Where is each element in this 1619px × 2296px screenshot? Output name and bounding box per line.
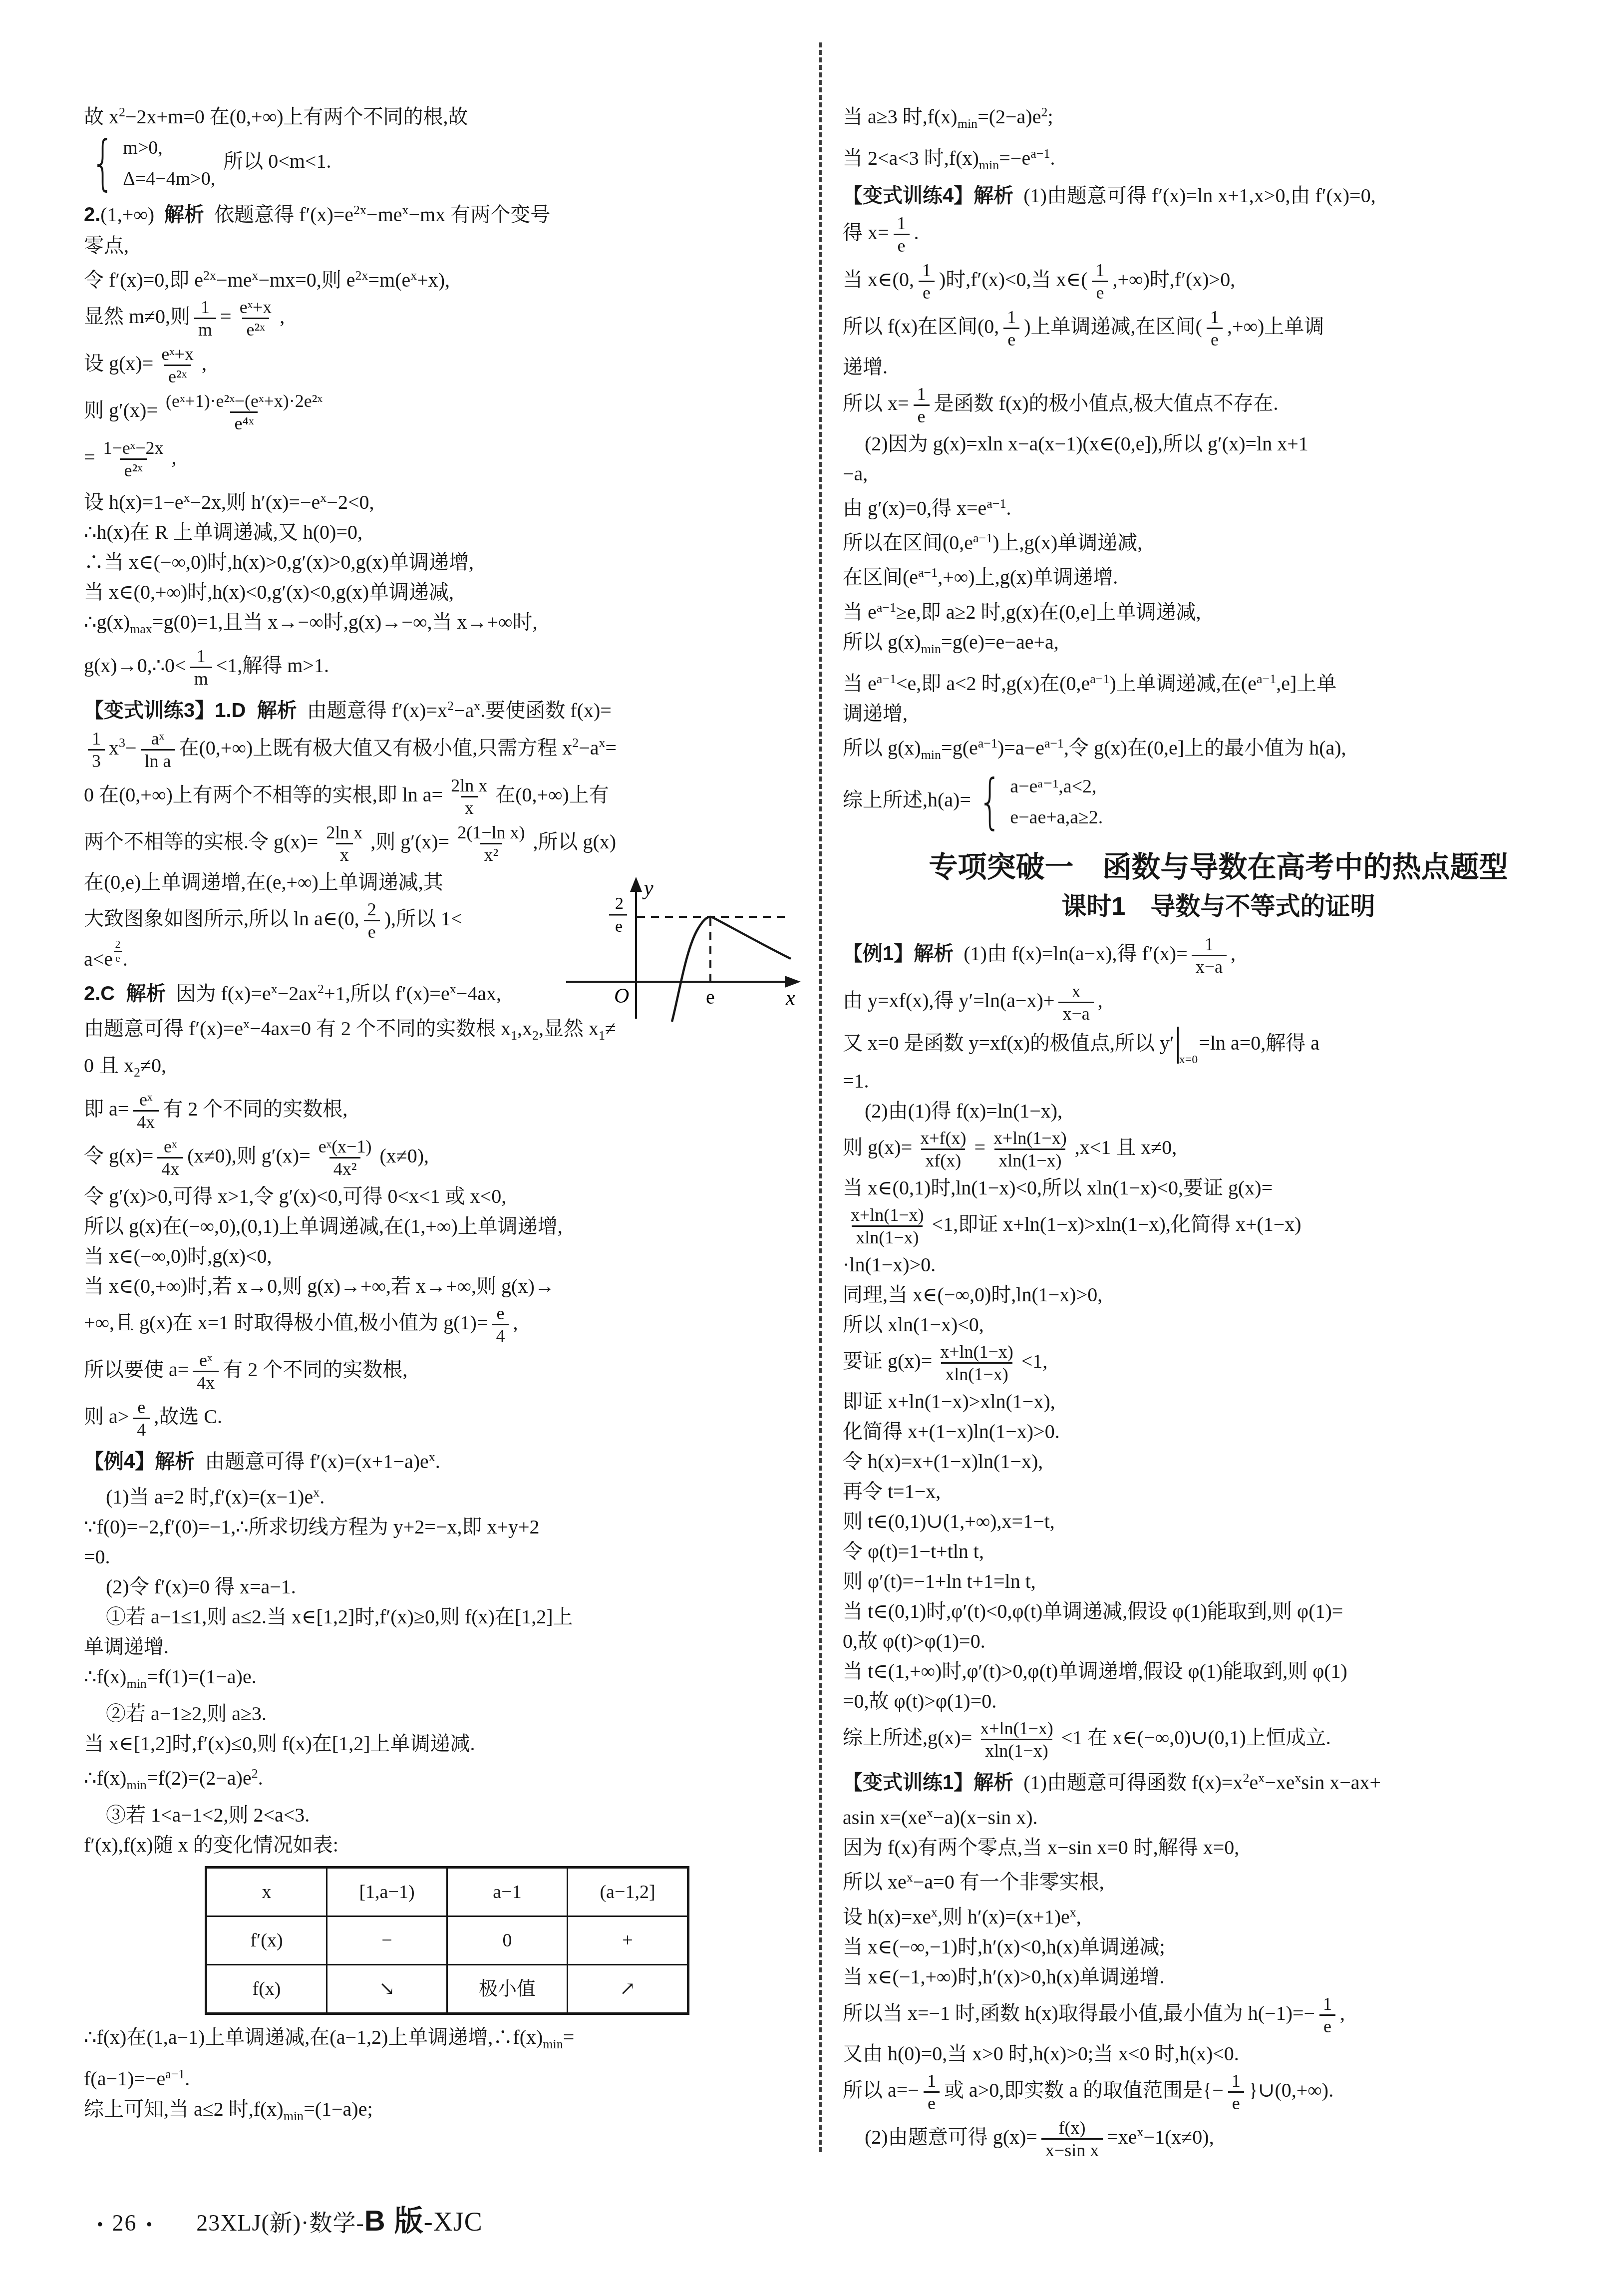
text-span: =: [84, 446, 95, 468]
text-line: 0 在(0,+∞)上有两个不相等的实根,即 ln a=2ln xx在(0,+∞)…: [84, 774, 810, 819]
text-span: =: [563, 2026, 575, 2048]
superscript: x: [1295, 1771, 1301, 1785]
text-span: −a: [579, 736, 599, 759]
numerator: x+ln(1−x): [847, 1204, 928, 1225]
text-span: −me: [216, 269, 252, 291]
text-span: −xe: [1265, 1771, 1295, 1794]
text-line: 0,故 φ(t)>φ(1)=0.: [843, 1627, 1594, 1655]
text-span: ,所以 g(x): [533, 830, 616, 852]
text-span: 化简得 x+(1−x)ln(1−x)>0.: [843, 1420, 1060, 1443]
fraction: 1e: [1228, 2070, 1245, 2114]
superscript: 2: [318, 982, 324, 996]
text-span: .: [1006, 497, 1011, 519]
text-span: 当 2<a<3 时,f(x): [843, 147, 979, 170]
denominator: 4: [492, 1324, 509, 1346]
table-cell: ↘: [327, 1965, 447, 2014]
left-column: 故 x2−2x+m=0 在(0,+∞)上有两个不同的根,故{m>0,Δ=4−4m…: [84, 98, 810, 2132]
text-span: 在(0,e)上单调递增,在(e,+∞)上单调递减,其: [84, 871, 443, 893]
text-span: <1,解得 m>1.: [216, 654, 329, 677]
fraction: 1e: [923, 2070, 940, 2114]
text-line: 当 x∈(−1,+∞)时,h′(x)>0,h(x)单调递增.: [843, 1962, 1594, 1991]
bold-label: 【变式训练3】1.D: [84, 700, 257, 722]
text-span: 即 a=: [84, 1098, 129, 1120]
text-line: 2.(1,+∞) 解析 依题意得 f′(x)=e2x−mex−mx 有两个变号: [84, 196, 810, 229]
evaluation-bar-icon: [1177, 1027, 1179, 1064]
text-span: 所以要使 a=: [84, 1358, 189, 1381]
text-line: 当 x∈(0,+∞)时,h(x)<0,g′(x)<0,g(x)单调递减,: [84, 578, 810, 606]
left-brace-icon: {: [978, 774, 1001, 829]
text-line: 所以 xln(1−x)<0,: [843, 1310, 1594, 1339]
text-span: 所以 f(x)在区间(0,: [843, 315, 999, 337]
text-span: 故 x: [84, 105, 119, 128]
denominator: 4x: [157, 1157, 183, 1179]
superscript-fraction: 2e: [114, 938, 122, 965]
table-cell: 0: [447, 1916, 568, 1965]
left-brace-icon: {: [91, 136, 115, 191]
text-span: ,令 g(x)在(0,e]上的最小值为 h(a),: [1064, 737, 1346, 760]
text-span: 综上所述,g(x)=: [843, 1726, 972, 1749]
text-line: 即 a=eˣ4x有 2 个不同的实数根,: [84, 1088, 810, 1134]
text-line: 当 t∈(0,1)时,φ′(t)<0,φ(t)单调递减,假设 φ(1)能取到,则…: [843, 1597, 1594, 1625]
text-line: f′(x),f(x)随 x 的变化情况如表:: [84, 1831, 810, 1859]
subscript: min: [126, 1676, 146, 1691]
text-line: 同理,当 x∈(−∞,0)时,ln(1−x)>0,: [843, 1280, 1594, 1309]
numerator: 1: [88, 728, 105, 749]
text-span: ∴f(x): [84, 1665, 126, 1688]
text-span: .: [185, 2068, 190, 2090]
text-span: =(2−a)e: [977, 105, 1041, 128]
numerator: 2ln x: [322, 822, 366, 843]
peak-value-numerator: 2: [615, 894, 624, 913]
superscript: x: [313, 1485, 320, 1500]
text-line: 调递增,: [843, 699, 1594, 728]
text-span: <1,即证 x+ln(1−x)>xln(1−x),化简得 x+(1−x): [932, 1213, 1301, 1235]
text-span: f(a−1)=−e: [84, 2068, 165, 2090]
fraction: (eˣ+1)·e²ˣ−(eˣ+x)·2e²ˣe⁴ˣ: [162, 390, 326, 434]
text-span: =(1−a)e;: [304, 2098, 372, 2120]
text-line: 则 a>e4,故选 C.: [84, 1396, 810, 1441]
table-cell: [1,a−1): [327, 1868, 447, 1916]
text-span: )上单调递减,在区间(: [1024, 315, 1202, 337]
text-span: 所以 a=−: [843, 2079, 919, 2101]
denominator: x−a: [1192, 955, 1227, 977]
superscript: 2x: [355, 268, 368, 283]
text-line: 当 t∈(1,+∞)时,φ′(t)>0,φ(t)单调递增,假设 φ(1)能取到,…: [843, 1657, 1594, 1685]
text-span: ,: [513, 1311, 518, 1334]
numerator: e: [492, 1303, 508, 1324]
denominator: e: [924, 2091, 940, 2114]
text-line: {m>0,Δ=4−4m>0,所以 0<m<1.: [84, 132, 810, 194]
text-span: .: [123, 948, 128, 970]
denominator: e: [1207, 328, 1223, 350]
text-line: =0,故 φ(t)>φ(1)=0.: [843, 1687, 1594, 1715]
text-line: 所以 a=−1e或 a>0,即实数 a 的取值范围是{−1e}∪(0,+∞).: [843, 2069, 1594, 2115]
text-line: 所以要使 a=eˣ4x有 2 个不同的实数根,: [84, 1349, 810, 1394]
text-line: 设 h(x)=1−ex−2x,则 h′(x)=−ex−2<0,: [84, 483, 810, 516]
denominator: x²: [480, 843, 502, 865]
fraction: eˣ+xe²ˣ: [157, 344, 198, 387]
superscript: 2: [1243, 1771, 1249, 1785]
text-span: 令 g′(x)>0,可得 x>1,令 g′(x)<0,可得 0<x<1 或 x<…: [84, 1185, 506, 1207]
bold-label: 【例1】: [843, 942, 914, 964]
text-span: =g(0)=1,且当 x→−∞时,g(x)→−∞,当 x→+∞时,: [152, 611, 538, 633]
denominator: x−sin x: [1041, 2138, 1103, 2161]
superscript: a−1: [978, 736, 997, 751]
numerator: 2: [115, 938, 120, 951]
text-line: 即证 x+ln(1−x)>xln(1−x),: [843, 1387, 1594, 1416]
cases-rows: a−eᵃ⁻¹,a<2,e−ae+a,a≥2.: [1010, 771, 1103, 833]
text-span: ,: [172, 446, 177, 468]
text-span: )上单调递减,在(e: [1110, 672, 1257, 695]
subscript: min: [284, 2109, 304, 2123]
text-span: ,x<1 且 x≠0,: [1075, 1136, 1177, 1158]
text-line: =1.: [843, 1067, 1594, 1095]
text-span: ∴g(x): [84, 611, 130, 633]
fraction: eˣ4x: [193, 1350, 219, 1393]
text-span: )上,g(x)单调递减,: [992, 531, 1142, 554]
right-column: 当 a≥3 时,f(x)min=(2−a)e2;当 2<a<3 时,f(x)mi…: [843, 98, 1594, 2163]
text-span: 由 y=xf(x),得 y′=ln(a−x)+: [843, 989, 1054, 1011]
superscript: x: [320, 490, 326, 505]
section-heading: 课时1 导数与不等式的证明: [843, 891, 1594, 922]
text-span: 令 h(x)=x+(1−x)ln(1−x),: [843, 1450, 1043, 1473]
text-span: −me: [366, 204, 402, 226]
text-span: 所以 0<m<1.: [223, 150, 331, 173]
text-line: −a,: [843, 459, 1594, 488]
text-span: =: [606, 736, 617, 759]
fraction: 1e: [1091, 260, 1108, 303]
text-span: 专项突破一 函数与导数在高考中的热点题型: [929, 851, 1508, 883]
text-span: 所以 g(x)在(−∞,0),(0,1)上单调递减,在(1,+∞)上单调递增,: [84, 1215, 563, 1237]
numerator: 1: [193, 646, 210, 667]
text-span: 单调递增.: [84, 1635, 169, 1658]
text-span: 所以 g(x): [843, 631, 921, 653]
numerator: e: [133, 1397, 149, 1418]
cases-row: e−ae+a,a≥2.: [1010, 802, 1103, 833]
text-line: =0.: [84, 1542, 810, 1571]
text-line: 所以 f(x)在区间(0,1e)上单调递减,在区间(1e,+∞)上单调: [843, 306, 1594, 351]
denominator: e: [894, 234, 910, 256]
bold-label: 2.: [84, 204, 100, 226]
text-span: ,+∞)上,g(x)单调递增.: [938, 566, 1118, 589]
superscript: x: [927, 1806, 933, 1820]
text-span: −2<0,: [326, 491, 374, 513]
table-row: f′(x)−0+: [206, 1916, 688, 1965]
bold-label: 解析: [257, 700, 297, 722]
text-span: =f(2)=(2−a)e: [147, 1767, 252, 1789]
text-span: ),所以 1<: [384, 907, 462, 929]
text-span: ,故选 C.: [154, 1405, 222, 1428]
superscript: x: [931, 1905, 938, 1919]
superscript: 2: [119, 105, 125, 119]
numerator: 1: [1228, 2070, 1245, 2091]
text-span: .: [1050, 147, 1055, 170]
text-span: 综上所述,h(a)=: [843, 788, 971, 811]
text-line: 综上所述,g(x)=x+ln(1−x)xln(1−x)<1 在 x∈(−∞,0)…: [843, 1717, 1594, 1762]
text-line: 【例4】解析 由题意可得 f′(x)=(x+1−a)ex.: [84, 1443, 810, 1476]
text-span: −2ax: [278, 982, 318, 1005]
numerator: eˣ+x: [157, 344, 198, 365]
text-span: −4ax,: [456, 982, 501, 1005]
denominator: e: [919, 281, 935, 303]
page-number: 26: [112, 2210, 137, 2236]
text-span: (x≠0),则 g′(x)=: [187, 1145, 311, 1167]
footer-dot-left: •: [97, 2214, 103, 2235]
table-row: f(x)↘极小值↗: [206, 1965, 688, 2014]
text-span: 所以 x=: [843, 391, 909, 414]
text-line: 当 ea−1<e,即 a<2 时,g(x)在(0,ea−1)上单调递减,在(ea…: [843, 665, 1594, 698]
text-span: −2x,则 h′(x)=−e: [190, 491, 321, 513]
superscript: x: [1258, 1771, 1265, 1785]
text-span: 当 a≥3 时,f(x): [843, 105, 958, 128]
text-span: .: [914, 221, 919, 243]
text-line: x[1,a−1)a−1(a−1,2]f′(x)−0+f(x)↘极小值↗: [84, 1866, 810, 2015]
text-span: 令 g(x)=: [84, 1145, 153, 1167]
text-span: ,: [1098, 989, 1103, 1011]
bold-label: 解析: [126, 983, 166, 1005]
text-span: (2)由题意可得 g(x)=: [865, 2126, 1037, 2148]
text-span: ,x: [517, 1017, 532, 1040]
text-span: 当 x∈(0,+∞)时,若 x→0,则 g(x)→+∞,若 x→+∞,则 g(x…: [84, 1275, 555, 1297]
text-span: (1)由题意可得函数 f(x)=x: [1013, 1771, 1243, 1794]
text-line: 所以 g(x)在(−∞,0),(0,1)上单调递减,在(1,+∞)上单调递增,: [84, 1212, 810, 1240]
text-line: (2)令 f′(x)=0 得 x=a−1.: [84, 1572, 810, 1601]
denominator: 4x: [193, 1371, 219, 1393]
fraction: e4: [133, 1397, 150, 1440]
bold-label: 【例4】: [84, 1451, 155, 1473]
superscript: a−1: [165, 2067, 185, 2081]
text-span: (x≠0),: [379, 1145, 429, 1167]
text-span: =f(1)=(1−a)e.: [147, 1665, 257, 1688]
fraction: aˣln a: [141, 728, 175, 771]
text-span: +1,所以 f′(x)=e: [324, 982, 450, 1005]
page-footer: • 26 • 23XLJ(新)·数学-B 版-XJC: [88, 2197, 483, 2239]
table-cell: f′(x): [206, 1916, 327, 1965]
text-span: f′(x),f(x)随 x 的变化情况如表:: [84, 1834, 338, 1856]
text-span: (1,+∞): [100, 204, 164, 226]
fraction: 1e: [1003, 307, 1020, 350]
numerator: 1−eˣ−2x: [99, 437, 168, 458]
denominator: e: [364, 920, 380, 942]
numerator: 1: [1003, 307, 1020, 328]
text-span: 同理,当 x∈(−∞,0)时,ln(1−x)>0,: [843, 1283, 1102, 1306]
text-span: 当 t∈(1,+∞)时,φ′(t)>0,φ(t)单调递增,假设 φ(1)能取到,…: [843, 1660, 1347, 1682]
text-span: 又由 h(0)=0,当 x>0 时,h(x)>0;当 x<0 时,h(x)<0.: [843, 2042, 1239, 2065]
numerator: 1: [1206, 307, 1223, 328]
fraction: eˣ4x: [157, 1136, 183, 1179]
numerator: 2(1−ln x): [453, 822, 529, 843]
subscript: min: [921, 748, 941, 763]
text-line: (1)当 a=2 时,f′(x)=(x−1)ex.: [84, 1478, 810, 1511]
superscript: x: [1070, 1905, 1076, 1919]
text-line: 则 t∈(0,1)∪(1,+∞),x=1−t,: [843, 1507, 1594, 1535]
text-span: ,e]上单: [1276, 672, 1336, 695]
superscript: a−1: [918, 565, 938, 580]
denominator: e²ˣ: [120, 458, 146, 481]
text-line: 所以当 x=−1 时,函数 h(x)取得最小值,最小值为 h(−1)=−1e,: [843, 1992, 1594, 2038]
text-span: 得 x=: [843, 221, 889, 243]
text-line: 【例1】解析 (1)由 f(x)=ln(a−x),得 f′(x)=1x−a,: [843, 933, 1594, 978]
superscript: x: [410, 268, 417, 283]
denominator: 4x: [133, 1110, 159, 1133]
cases-row: Δ=4−4m>0,: [123, 163, 215, 194]
text-line: g(x)→0,∴0<1m<1,解得 m>1.: [84, 645, 810, 690]
superscript: x: [1137, 2125, 1143, 2139]
text-span: 即证 x+ln(1−x)>xln(1−x),: [843, 1390, 1055, 1413]
text-span: (1)当 a=2 时,f′(x)=(x−1)e: [106, 1486, 313, 1508]
text-span: 当 x∈(−1,+∞)时,h′(x)>0,h(x)单调递增.: [843, 1965, 1164, 1988]
bold-label: 解析: [973, 185, 1013, 207]
superscript: x: [271, 982, 278, 996]
text-line: 当 2<a<3 时,f(x)min=−ea−1.: [843, 139, 1594, 179]
numerator: eˣ+x: [236, 297, 276, 318]
text-span: 调递增,: [843, 702, 908, 725]
text-span: .要使函数 f(x)=: [480, 700, 612, 722]
table-cell: (a−1,2]: [568, 1868, 688, 1916]
text-span: ∴当 x∈(−∞,0)时,h(x)>0,g′(x)>0,g(x)单调递增,: [84, 551, 474, 573]
superscript: x: [243, 1017, 250, 1031]
table-cell: x: [206, 1868, 327, 1916]
text-line: 所以在区间(0,ea−1)上,g(x)单调递减,: [843, 524, 1594, 557]
peak-x-label: e: [706, 986, 715, 1008]
text-span: 当 x∈(0,1)时,ln(1−x)<0,所以 xln(1−x)<0,要证 g(…: [843, 1176, 1273, 1199]
text-span: 设 g(x)=: [84, 352, 153, 375]
text-span: 则 g′(x)=: [84, 399, 158, 421]
footer-brand-suffix: -XJC: [424, 2207, 483, 2237]
bold-label: 解析: [164, 204, 204, 226]
text-span: 要证 g(x)=: [843, 1350, 932, 1372]
text-span: 当 x∈(−∞,0)时,g(x)<0,: [84, 1245, 272, 1267]
cases-rows: m>0,Δ=4−4m>0,: [123, 132, 215, 194]
text-line: ②若 a−1≥2,则 a≥3.: [84, 1699, 810, 1728]
text-line: 又 x=0 是函数 y=xf(x)的极值点,所以 y′x=0=ln a=0,解得…: [843, 1027, 1594, 1065]
text-span: g(x)→0,∴0<: [84, 654, 186, 677]
denominator: xln(1−x): [994, 1148, 1065, 1171]
bold-label: 解析: [973, 1772, 1013, 1794]
subscript: min: [543, 2037, 563, 2051]
text-line: 所以 x=1e是函数 f(x)的极小值点,极大值点不存在.: [843, 383, 1594, 428]
denominator: e: [1319, 2014, 1335, 2037]
text-line: 得 x=1e.: [843, 212, 1594, 257]
subscript: max: [130, 622, 152, 636]
text-line: 综上所述,h(a)={a−eᵃ⁻¹,a<2,e−ae+a,a≥2.: [843, 771, 1594, 833]
curve: [672, 917, 791, 1022]
bold-label: 解析: [155, 1451, 195, 1473]
table-cell: +: [568, 1916, 688, 1965]
fraction: 1m: [190, 646, 212, 689]
text-span: 综上可知,当 a≤2 时,f(x): [84, 2098, 284, 2120]
superscript: x: [450, 982, 456, 996]
text-span: 当 e: [843, 672, 877, 695]
text-span: (1)由 f(x)=ln(a−x),得 f′(x)=: [954, 942, 1188, 964]
text-span: 所以当 x=−1 时,函数 h(x)取得最小值,最小值为 h(−1)=−: [843, 2002, 1315, 2024]
fraction: 2ln xx: [447, 775, 491, 818]
denominator: xf(x): [921, 1148, 965, 1171]
table-row: x[1,a−1)a−1(a−1,2]: [206, 1868, 688, 1916]
text-line: 因为 f(x)有两个零点,当 x−sin x=0 时,解得 x=0,: [843, 1833, 1594, 1862]
fraction: 1e: [913, 383, 930, 427]
superscript: a−1: [1030, 146, 1050, 161]
denominator: ln a: [141, 749, 175, 771]
text-line: 【变式训练3】1.D 解析 由题意得 f′(x)=x2−ax.要使函数 f(x)…: [84, 692, 810, 725]
superscript: 2: [572, 736, 579, 750]
text-span: 有 2 个不同的实数根,: [223, 1358, 407, 1381]
text-line: ∴h(x)在 R 上单调递减,又 h(0)=0,: [84, 518, 810, 546]
text-line: 令 f′(x)=0,即 e2x−mex−mx=0,则 e2x=m(ex+x),: [84, 261, 810, 294]
text-span: −a=0 有一个非零实根,: [913, 1871, 1104, 1894]
text-span: ∴f(x)在(1,a−1)上单调递减,在(a−1,2)上单调递增,∴f(x): [84, 2026, 543, 2048]
numerator: 1: [1201, 934, 1218, 955]
text-line: 显然 m≠0,则1m=eˣ+xe²ˣ,: [84, 296, 810, 341]
denominator: e²ˣ: [164, 365, 191, 387]
text-span: ≥e,即 a≥2 时,g(x)在(0,e]上单调递减,: [896, 601, 1201, 623]
text-span: <1 在 x∈(−∞,0)∪(0,1)上恒成立.: [1061, 1726, 1331, 1749]
y-axis-arrow-icon: [630, 877, 642, 892]
text-span: 0 且 x: [84, 1054, 134, 1077]
superscript: 2: [252, 1766, 258, 1781]
table-cell: a−1: [447, 1868, 568, 1916]
text-span: =g(e)=e−ae+a,: [941, 631, 1059, 653]
text-span: 课时1 导数与不等式的证明: [1062, 892, 1375, 920]
denominator: e: [114, 951, 122, 965]
subscript: 1: [599, 1028, 605, 1043]
text-span: −4ax=0 有 2 个不同的实数根 x: [250, 1017, 511, 1040]
text-span: =m(e: [368, 269, 410, 291]
numerator: 2ln x: [447, 775, 491, 796]
text-span: (2)由(1)得 f(x)=ln(1−x),: [865, 1100, 1062, 1122]
fraction: f(x)x−sin x: [1041, 2117, 1103, 2161]
text-line: 递增.: [843, 353, 1594, 381]
text-span: ,: [202, 352, 207, 375]
section-heading: 专项突破一 函数与导数在高考中的热点题型: [843, 850, 1594, 885]
text-span: 当 x∈(0,+∞)时,h(x)<0,g′(x)<0,g(x)单调递减,: [84, 581, 454, 603]
fraction: 1e: [893, 213, 910, 256]
superscript: 2x: [203, 268, 216, 283]
numerator: 1: [913, 383, 930, 404]
text-line: 令 φ(t)=1−t+tln t,: [843, 1537, 1594, 1565]
peak-value-denominator: e: [615, 917, 623, 936]
text-line: 所以 g(x)min=g(ea−1)=a−ea−1,令 g(x)在(0,e]上的…: [843, 729, 1594, 769]
text-line: ∴f(x)min=f(1)=(1−a)e.: [84, 1662, 810, 1698]
text-line: 再令 t=1−x,: [843, 1477, 1594, 1506]
text-line: ·ln(1−x)>0.: [843, 1250, 1594, 1279]
text-span: ,: [1076, 1906, 1081, 1928]
superscript: x: [907, 1870, 913, 1885]
text-span: =0,故 φ(t)>φ(1)=0.: [843, 1690, 996, 1712]
text-span: }∪(0,+∞).: [1249, 2079, 1333, 2101]
superscript: x: [184, 490, 190, 505]
text-line: 则 φ′(t)=−1+ln t+1=ln t,: [843, 1567, 1594, 1595]
text-span: −: [125, 736, 137, 759]
text-span: 设 h(x)=xe: [843, 1906, 931, 1928]
text-span: <e,即 a<2 时,g(x)在(0,e: [896, 672, 1090, 695]
text-span: ·ln(1−x)>0.: [843, 1253, 936, 1276]
numerator: 1: [1091, 260, 1108, 281]
text-span: .: [435, 1451, 440, 1473]
text-span: 又 x=0 是函数 y=xf(x)的极值点,所以 y′: [843, 1032, 1174, 1054]
subscript: 2: [532, 1028, 539, 1043]
text-span: .: [258, 1767, 263, 1789]
denominator: x: [461, 796, 478, 818]
function-graph-figure: y x O e 2 e: [560, 873, 812, 1023]
text-line: 【变式训练1】解析 (1)由题意可得函数 f(x)=x2ex−xexsin x−…: [843, 1764, 1594, 1797]
superscript: a−1: [877, 672, 896, 686]
text-line: 零点,: [84, 231, 810, 260]
superscript: x: [474, 699, 480, 713]
fraction: x+ln(1−x)xln(1−x): [936, 1341, 1017, 1385]
text-span: 由题意可得 f′(x)=e: [84, 1017, 243, 1040]
superscript: a−1: [877, 600, 896, 615]
